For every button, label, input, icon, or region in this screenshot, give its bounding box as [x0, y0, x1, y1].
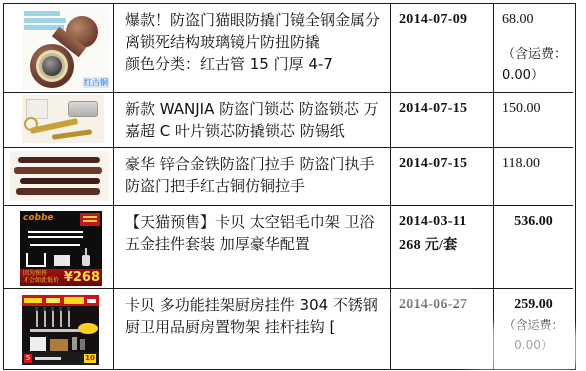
- utensil: [60, 311, 62, 327]
- date-cell: 2014-07-15: [391, 93, 494, 148]
- spec-annotation-bar: [24, 11, 60, 16]
- product-image-cell: 红古铜: [4, 4, 114, 93]
- date-value: 2014-07-15: [399, 156, 493, 172]
- price-cell: 150.00: [494, 93, 573, 148]
- promo-footer-strip: 5 10: [22, 352, 99, 365]
- white-haze-overlay: [462, 325, 586, 371]
- price-cell: 118.00: [494, 148, 573, 206]
- product-title: 卡贝 多功能挂架厨房挂件 304 不锈钢厨卫用品厨房置物架 挂杆挂钩 [: [125, 294, 389, 338]
- price-value: 118.00: [502, 156, 573, 172]
- towel-rack-bar: [28, 231, 83, 233]
- lock-package-box: [26, 99, 48, 119]
- product-description-cell: 【天猫预售】卡贝 太空铝毛巾架 卫浴五金挂件套装 加厚豪华配置: [114, 206, 391, 289]
- price-value: 68.00: [502, 12, 573, 28]
- date-value: 2014-07-09: [399, 12, 493, 28]
- table-row: 豪华 锌合金铁防盗门拉手 防盗门执手 防盗门把手红古铜仿铜拉手 2014-07-…: [4, 148, 575, 206]
- bottle: [72, 337, 77, 350]
- door-handles-product-image: [10, 151, 109, 201]
- presale-badge: [80, 213, 100, 226]
- product-title: 爆款！防盗门猫眼防撬门镜全钢金属分离锁死结构玻璃镜片防扭防撬: [125, 9, 389, 53]
- door-handle-bar: [16, 188, 100, 195]
- table-row: 红古铜 爆款！防盗门猫眼防撬门镜全钢金属分离锁死结构玻璃镜片防扭防撬 颜色分类：…: [4, 4, 575, 93]
- utensil: [36, 311, 38, 327]
- price-cell: 536.00: [494, 206, 573, 289]
- lock-cylinder-product-image: [22, 95, 104, 143]
- product-title: 豪华 锌合金铁防盗门拉手 防盗门执手 防盗门把手红古铜仿铜拉手: [125, 153, 389, 197]
- promo-text: 因为预售: [23, 270, 47, 277]
- footer-badge: 5: [24, 354, 32, 363]
- unit-price-note: 268 元/套: [399, 234, 493, 254]
- product-color-spec: 颜色分类：红古管 15 门厚 4-7: [125, 53, 389, 75]
- shipping-note: （含运费： 0.00）: [502, 44, 573, 86]
- deal-badge: [78, 323, 98, 334]
- date-value: 2014-03-11: [399, 214, 493, 230]
- utensil: [52, 311, 54, 327]
- date-cell: 2014-07-09: [391, 4, 494, 93]
- utensil: [68, 311, 70, 327]
- product-title: 新款 WANJIA 防盗门锁芯 防盗锁芯 万嘉超 C 叶片锁芯防撬锁芯 防锡纸: [125, 98, 389, 142]
- promo-header-banner: [22, 295, 99, 306]
- product-image-cell: cobbe 因为预售 才会如此低价 ¥268: [4, 206, 114, 289]
- date-cell: 2014-07-15: [391, 148, 494, 206]
- bottle: [80, 339, 85, 350]
- promo-banner: 因为预售 才会如此低价 ¥268: [20, 269, 102, 286]
- product-table: 红古铜 爆款！防盗门猫眼防撬门镜全钢金属分离锁死结构玻璃镜片防扭防撬 颜色分类：…: [3, 3, 576, 370]
- kitchen-rack-promo-image: 5 10: [22, 295, 99, 365]
- product-image-cell: 5 10: [4, 289, 114, 369]
- promo-price: ¥268: [64, 269, 100, 286]
- towel-rack-bar: [28, 236, 83, 238]
- gold-key: [52, 129, 92, 140]
- tissue-box: [54, 255, 70, 266]
- spec-annotation-bar: [24, 18, 66, 23]
- towel-rack-promo-image: cobbe 因为预售 才会如此低价 ¥268: [20, 211, 102, 286]
- lock-cylinder: [68, 101, 98, 117]
- promo-text: 才会如此低价: [23, 277, 59, 284]
- cutting-board: [50, 339, 68, 351]
- table-row: 新款 WANJIA 防盗门锁芯 防盗锁芯 万嘉超 C 叶片锁芯防撬锁芯 防锡纸 …: [4, 93, 575, 148]
- product-description-cell: 爆款！防盗门猫眼防撬门镜全钢金属分离锁死结构玻璃镜片防扭防撬 颜色分类：红古管 …: [114, 4, 391, 93]
- product-description-cell: 卡贝 多功能挂架厨房挂件 304 不锈钢厨卫用品厨房置物架 挂杆挂钩 [: [114, 289, 391, 369]
- hanging-towel: [30, 337, 46, 351]
- color-label: 红古铜: [83, 77, 109, 88]
- date-value: 2014-07-15: [399, 101, 493, 117]
- door-handle-bar: [18, 157, 100, 163]
- utensil: [44, 311, 46, 327]
- price-value: 259.00: [496, 297, 571, 313]
- product-image-cell: [4, 93, 114, 148]
- footer-badge: 10: [84, 354, 96, 363]
- date-cell: 2014-03-11 268 元/套: [391, 206, 494, 289]
- product-title: 【天猫预售】卡贝 太空铝毛巾架 卫浴五金挂件套装 加厚豪华配置: [125, 211, 389, 255]
- door-handle-bar: [20, 178, 100, 184]
- price-cell: 68.00 （含运费： 0.00）: [494, 4, 573, 93]
- price-value: 150.00: [502, 101, 573, 117]
- towel-rack-bar: [30, 244, 80, 246]
- product-table-screenshot: 红古铜 爆款！防盗门猫眼防撬门镜全钢金属分离锁死结构玻璃镜片防扭防撬 颜色分类：…: [0, 0, 586, 371]
- product-image-cell: [4, 148, 114, 206]
- price-value: 536.00: [496, 214, 571, 230]
- door-handle-bar: [14, 167, 102, 174]
- table-row: cobbe 因为预售 才会如此低价 ¥268: [4, 206, 575, 289]
- white-haze-overlay: [392, 291, 470, 308]
- product-description-cell: 新款 WANJIA 防盗门锁芯 防盗锁芯 万嘉超 C 叶片锁芯防撬锁芯 防锡纸: [114, 93, 391, 148]
- cobbe-logo: cobbe: [23, 213, 54, 223]
- product-description-cell: 豪华 锌合金铁防盗门拉手 防盗门执手 防盗门把手红古铜仿铜拉手: [114, 148, 391, 206]
- door-viewer-product-image: 红古铜: [22, 8, 110, 90]
- door-viewer-lens: [42, 56, 62, 76]
- corner-basket: [26, 253, 46, 267]
- toilet-brush-cup: [82, 255, 90, 266]
